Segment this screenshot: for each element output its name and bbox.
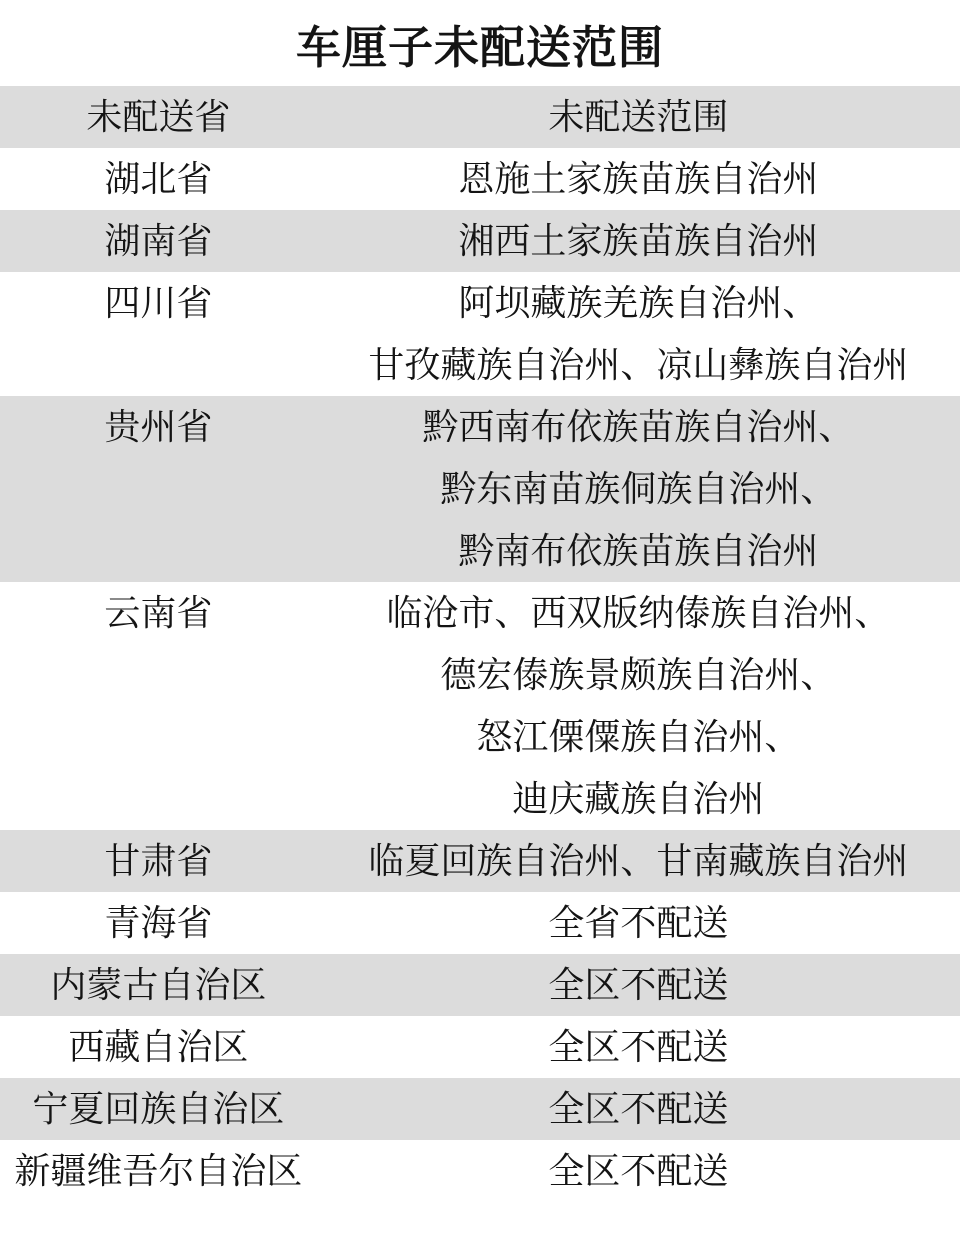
table-row: 宁夏回族自治区 全区不配送 (0, 1078, 960, 1140)
range-cell: 全区不配送 (317, 1078, 960, 1140)
header-row: 未配送省 未配送范围 (0, 86, 960, 148)
header-province: 未配送省 (0, 86, 317, 148)
province-cell: 青海省 (0, 892, 317, 954)
range-line: 临沧市、西双版纳傣族自治州、 (317, 582, 960, 644)
range-line: 怒江傈僳族自治州、 (317, 706, 960, 768)
range-line: 黔西南布依族苗族自治州、 (317, 396, 960, 458)
range-line: 全区不配送 (317, 1078, 960, 1140)
range-line: 甘孜藏族自治州、凉山彝族自治州 (317, 334, 960, 396)
range-cell: 恩施土家族苗族自治州 (317, 148, 960, 210)
province-cell: 湖北省 (0, 148, 317, 210)
range-cell: 临沧市、西双版纳傣族自治州、德宏傣族景颇族自治州、怒江傈僳族自治州、迪庆藏族自治… (317, 582, 960, 830)
table-header: 未配送省 未配送范围 (0, 86, 960, 148)
range-cell: 黔西南布依族苗族自治州、黔东南苗族侗族自治州、黔南布依族苗族自治州 (317, 396, 960, 582)
range-line: 全省不配送 (317, 892, 960, 954)
range-line: 德宏傣族景颇族自治州、 (317, 644, 960, 706)
province-cell: 云南省 (0, 582, 317, 830)
range-cell: 阿坝藏族羌族自治州、甘孜藏族自治州、凉山彝族自治州 (317, 272, 960, 396)
table-body: 湖北省 恩施土家族苗族自治州 湖南省 湘西土家族苗族自治州 四川省 阿坝藏族羌族… (0, 148, 960, 1202)
table-row: 内蒙古自治区 全区不配送 (0, 954, 960, 1016)
range-line: 恩施土家族苗族自治州 (317, 148, 960, 210)
table-row: 甘肃省 临夏回族自治州、甘南藏族自治州 (0, 830, 960, 892)
range-line: 全区不配送 (317, 1016, 960, 1078)
table-row: 四川省 阿坝藏族羌族自治州、甘孜藏族自治州、凉山彝族自治州 (0, 272, 960, 396)
page-title: 车厘子未配送范围 (0, 0, 960, 86)
table-row: 湖北省 恩施土家族苗族自治州 (0, 148, 960, 210)
province-cell: 内蒙古自治区 (0, 954, 317, 1016)
province-cell: 宁夏回族自治区 (0, 1078, 317, 1140)
range-line: 全区不配送 (317, 1140, 960, 1202)
range-line: 黔东南苗族侗族自治州、 (317, 458, 960, 520)
range-cell: 湘西土家族苗族自治州 (317, 210, 960, 272)
table-row: 云南省 临沧市、西双版纳傣族自治州、德宏傣族景颇族自治州、怒江傈僳族自治州、迪庆… (0, 582, 960, 830)
header-range: 未配送范围 (317, 86, 960, 148)
province-cell: 湖南省 (0, 210, 317, 272)
province-cell: 西藏自治区 (0, 1016, 317, 1078)
range-line: 迪庆藏族自治州 (317, 768, 960, 830)
province-cell: 贵州省 (0, 396, 317, 582)
range-line: 黔南布依族苗族自治州 (317, 520, 960, 582)
range-line: 全区不配送 (317, 954, 960, 1016)
range-line: 临夏回族自治州、甘南藏族自治州 (317, 830, 960, 892)
table-row: 湖南省 湘西土家族苗族自治州 (0, 210, 960, 272)
non-delivery-table: 未配送省 未配送范围 湖北省 恩施土家族苗族自治州 湖南省 湘西土家族苗族自治州… (0, 86, 960, 1202)
province-cell: 新疆维吾尔自治区 (0, 1140, 317, 1202)
range-cell: 全区不配送 (317, 954, 960, 1016)
table-row: 西藏自治区 全区不配送 (0, 1016, 960, 1078)
range-line: 阿坝藏族羌族自治州、 (317, 272, 960, 334)
table-row: 青海省 全省不配送 (0, 892, 960, 954)
table-row: 贵州省 黔西南布依族苗族自治州、黔东南苗族侗族自治州、黔南布依族苗族自治州 (0, 396, 960, 582)
table-row: 新疆维吾尔自治区 全区不配送 (0, 1140, 960, 1202)
range-cell: 全区不配送 (317, 1140, 960, 1202)
province-cell: 甘肃省 (0, 830, 317, 892)
range-cell: 全省不配送 (317, 892, 960, 954)
province-cell: 四川省 (0, 272, 317, 396)
range-cell: 临夏回族自治州、甘南藏族自治州 (317, 830, 960, 892)
range-cell: 全区不配送 (317, 1016, 960, 1078)
range-line: 湘西土家族苗族自治州 (317, 210, 960, 272)
